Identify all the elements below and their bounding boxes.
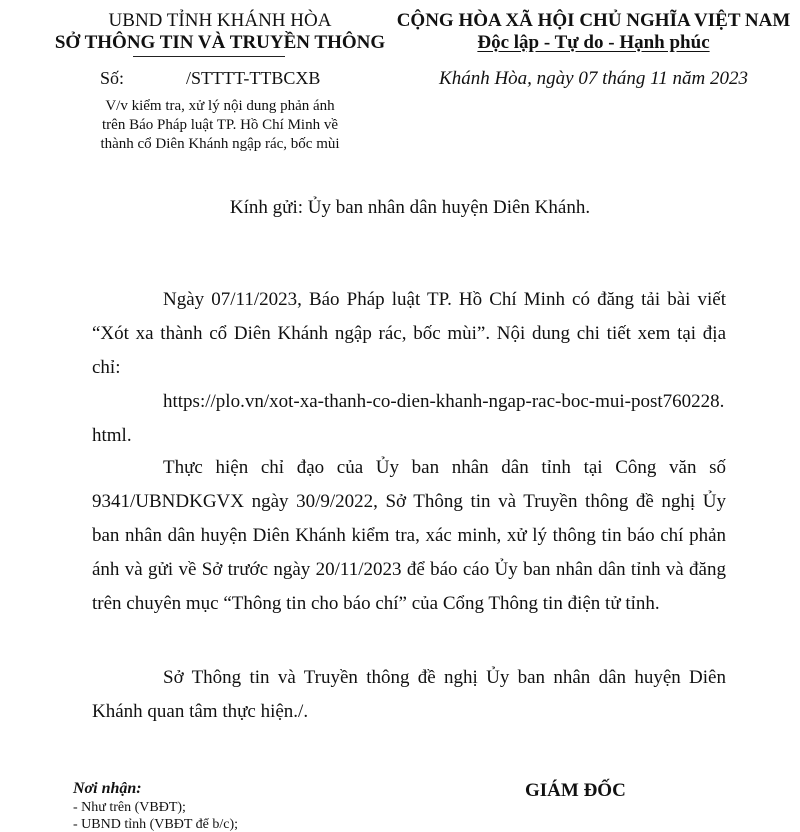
salutation: Kính gửi: Ủy ban nhân dân huyện Diên Khá… [20, 197, 800, 219]
body-paragraph: Sở Thông tin và Truyền thông đề nghị Ủy … [92, 661, 726, 729]
article-link[interactable]: https://plo.vn/xot-xa-thanh-co-dien-khan… [92, 385, 726, 453]
signer-title: GIÁM ĐỐC [525, 780, 626, 802]
header-underline [133, 56, 285, 57]
subject-line: V/v kiểm tra, xử lý nội dung phản ánh [20, 97, 420, 116]
national-motto: Độc lập - Tự do - Hạnh phúc [387, 32, 800, 54]
place-and-date: Khánh Hòa, ngày 07 tháng 11 năm 2023 [387, 68, 800, 90]
document-number-code: /STTTT-TTBCXB [186, 68, 320, 89]
document-subject: V/v kiểm tra, xử lý nội dung phản ánh tr… [20, 97, 420, 154]
document-number-label: Số: [100, 68, 124, 89]
recipient-item: - UBND tỉnh (VBĐT để b/c); [73, 817, 238, 832]
body-paragraph: Ngày 07/11/2023, Báo Pháp luật TP. Hồ Ch… [92, 283, 726, 385]
subject-line: trên Báo Pháp luật TP. Hồ Chí Minh về [20, 116, 420, 135]
issuing-authority: UBND TỈNH KHÁNH HÒA [20, 10, 420, 32]
recipients-title: Nơi nhận: [73, 780, 142, 798]
body-paragraph: Thực hiện chỉ đạo của Ủy ban nhân dân tỉ… [92, 451, 726, 621]
national-title: CỘNG HÒA XÃ HỘI CHỦ NGHĨA VIỆT NAM [387, 10, 800, 32]
subject-line: thành cổ Diên Khánh ngập rác, bốc mùi [20, 135, 420, 154]
issuing-department: SỞ THÔNG TIN VÀ TRUYỀN THÔNG [20, 32, 420, 54]
recipient-item: - Như trên (VBĐT); [73, 800, 186, 816]
